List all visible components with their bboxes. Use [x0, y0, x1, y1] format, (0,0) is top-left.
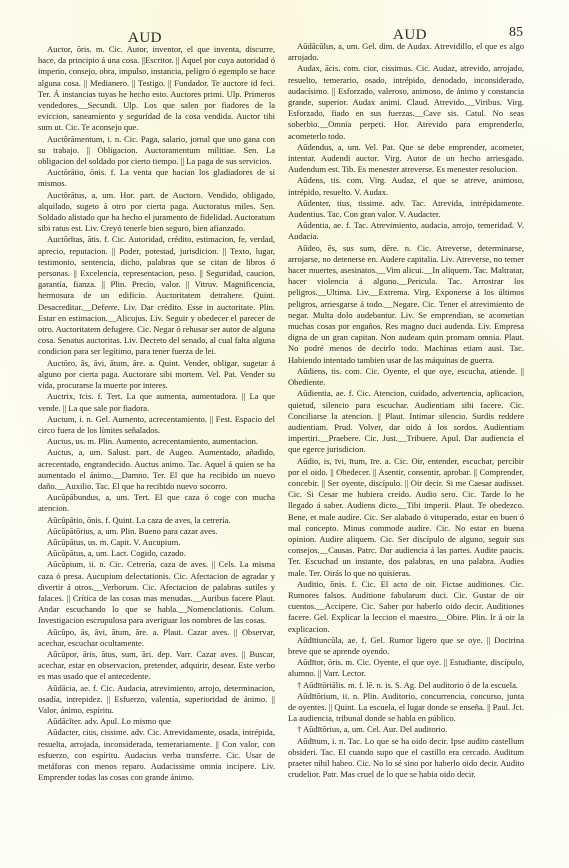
- dictionary-entry: † Aūdītōrius, a, um. Cel. Aur. Del audit…: [288, 724, 524, 735]
- dictionary-entry: Aūdens, tis. com. Virg. Audaz, el que se…: [288, 175, 524, 197]
- dictionary-entry: Aūdītum, i. n. Tac. Lo que se ha oido de…: [288, 736, 524, 781]
- dictionary-entry: Aūdītiuncŭla, ae. f. Gel. Rumor ligero q…: [288, 635, 524, 657]
- dictionary-entry: Auctōrĭtas, ātis. f. Cic. Autoridad, cré…: [38, 234, 275, 357]
- dictionary-entry: Auctōrātio, ōnis. f. La venta que hacian…: [38, 167, 275, 189]
- dictionary-entry: Aūdientia, ae. f. Cic. Atencion, cuidado…: [288, 388, 524, 455]
- dictionary-entry: Aūdītor, ōris. m. Cic. Oyente, el que oy…: [288, 657, 524, 679]
- dictionary-entry: Auctus, a, um. Salust. part. de Augeo. A…: [38, 447, 275, 492]
- dictionary-entry: Auctor, ōris. m. Cic. Autor, inventor, e…: [38, 44, 275, 134]
- dictionary-entry: Auctum, i. n. Gel. Aumento, acrecentamie…: [38, 414, 275, 436]
- dictionary-entry: Auctus, us. m. Plin. Aumento, acrecentam…: [38, 436, 275, 447]
- dictionary-entry: Aūcŭpātus, us. m. Capit. V. Aucupium.: [38, 537, 275, 548]
- left-column: Auctor, ōris. m. Cic. Autor, inventor, e…: [38, 44, 275, 783]
- dictionary-entry: Aūdentia, ae. f. Tac. Atrevimiento, auda…: [288, 220, 524, 242]
- dictionary-entry: Aūcŭpātus, a, um. Lact. Cogido, cazado.: [38, 548, 275, 559]
- dictionary-entry: Aūdeo, ēs, sus sum, dēre. n. Cic. Atreve…: [288, 243, 524, 366]
- dictionary-entry: Aūdītōrium, ii. n. Plin. Auditorio, conc…: [288, 691, 524, 725]
- dictionary-page: AUD AUD 85 Auctor, ōris. m. Cic. Autor, …: [0, 0, 569, 868]
- right-column: Aūdācŭlus, a, um. Gel. dim. de Audax. At…: [288, 41, 524, 780]
- dictionary-entry: Aūcŭpium, ii. n. Cic. Cetrería, caza de …: [38, 559, 275, 626]
- dictionary-entry: Aūcŭpor, āris, ātus, sum, āri. dep. Varr…: [38, 649, 275, 683]
- dictionary-entry: Aūdācŭlus, a, um. Gel. dim. de Audax. At…: [288, 41, 524, 63]
- dictionary-entry: Aūdio, is, īvi, ītum, īre. a. Cic. Oir, …: [288, 456, 524, 579]
- dictionary-entry: Auditio, ōnis. f. Cic. El acto de oir. F…: [288, 579, 524, 635]
- dictionary-entry: Aūdācia, ae. f. Cic. Audacia, atrevimien…: [38, 683, 275, 717]
- dictionary-entry: Aūcŭpo, ās, āvi, ātum, āre. a. Plaut. Ca…: [38, 627, 275, 649]
- dictionary-entry: Aūcŭpātio, ōnis. f. Quint. La caza de av…: [38, 515, 275, 526]
- dictionary-entry: Auctōrātus, a, um. Hor. part. de Auctoro…: [38, 190, 275, 235]
- dictionary-entry: Auctrix, īcis. f. Tert. La que aumenta, …: [38, 391, 275, 413]
- dictionary-entry: Auctōrāmentum, i. n. Cic. Paga, salario,…: [38, 134, 275, 168]
- page-number: 85: [509, 25, 523, 41]
- dictionary-entry: Aūcŭpātōrius, a, um. Plin. Bueno para ca…: [38, 526, 275, 537]
- dictionary-entry: Aūdacter, cius, cissime. adv. Cic. Atrev…: [38, 727, 275, 783]
- dictionary-entry: Aūdenter, tius, tissime. adv. Tac. Atrev…: [288, 198, 524, 220]
- dictionary-entry: Auctōro, ās, āvi, ātum, āre. a. Quint. V…: [38, 358, 275, 392]
- dictionary-entry: Audax, ācis. com. cior, cissimus. Cic. A…: [288, 63, 524, 141]
- dictionary-entry: Aūdiens, tis. com. Cic. Oyente, el que o…: [288, 366, 524, 388]
- dictionary-entry: Aūdācĭter. adv. Apul. Lo mismo que: [38, 716, 275, 727]
- dictionary-entry: Aucŭpābundus, a, um. Tert. El que caza ó…: [38, 492, 275, 514]
- dictionary-entry: Aūdendus, a, um. Vel. Pat. Que se debe e…: [288, 142, 524, 176]
- dictionary-entry: † Aūdītōriālis. m. f. lē. n. is. S. Ag. …: [288, 680, 524, 691]
